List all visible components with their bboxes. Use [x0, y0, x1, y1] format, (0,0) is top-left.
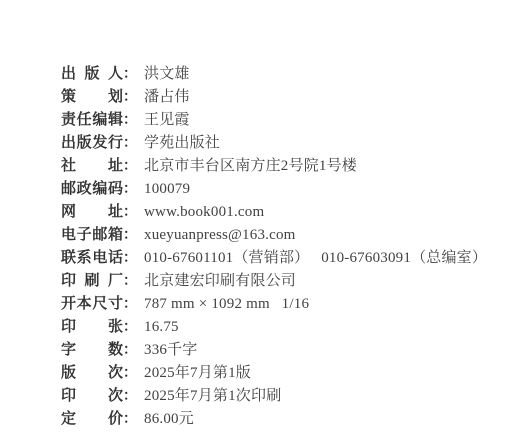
colophon-value: xueyuanpress@163.com: [144, 227, 296, 243]
colophon-value: 787 mm × 1092 mm 1/16: [144, 296, 309, 312]
colophon-label: 字数: [61, 338, 123, 361]
colophon-label: 联系电话: [61, 246, 123, 269]
colophon-label: 电子邮箱: [61, 223, 123, 246]
colophon-value: 北京建宏印刷有限公司: [144, 273, 296, 289]
colophon-value: 336千字: [144, 342, 198, 358]
colophon-label: 定价: [61, 407, 123, 430]
colophon-label: 网址: [61, 200, 123, 223]
colophon-label: 策划: [61, 85, 123, 108]
colophon-colon: ：: [123, 364, 137, 380]
colophon-value: 100079: [144, 181, 190, 197]
colophon-colon: ：: [123, 226, 137, 242]
colophon-label: 印刷厂: [61, 269, 123, 292]
colophon-colon: ：: [123, 410, 137, 426]
colophon-colon: ：: [123, 65, 137, 81]
colophon-colon: ：: [123, 318, 137, 334]
colophon-row-publisher-person: 出版人：洪文雄: [45, 39, 487, 62]
colophon-value: 学苑出版社: [144, 135, 220, 151]
colophon-colon: ：: [123, 295, 137, 311]
colophon-page: { "colors": { "background": "#ffffff", "…: [0, 0, 507, 434]
colophon-value: 2025年7月第1版: [144, 365, 251, 381]
colophon-colon: ：: [123, 180, 137, 196]
colophon-colon: ：: [123, 157, 137, 173]
colophon-label: 版次: [61, 361, 123, 384]
colophon-label: 社址: [61, 154, 123, 177]
colophon-colon: ：: [123, 272, 137, 288]
colophon-value: 2025年7月第1次印刷: [144, 388, 281, 404]
colophon-colon: ：: [123, 88, 137, 104]
colophon-colon: ：: [123, 387, 137, 403]
colophon-colon: ：: [123, 341, 137, 357]
colophon-label: 印张: [61, 315, 123, 338]
colophon-colon: ：: [123, 203, 137, 219]
colophon-colon: ：: [123, 111, 137, 127]
colophon-label: 开本尺寸: [61, 292, 123, 315]
colophon-value: 洪文雄: [144, 66, 190, 82]
colophon-value: www.book001.com: [144, 204, 264, 220]
colophon-label: 印次: [61, 384, 123, 407]
colophon-label: 出版人: [61, 62, 123, 85]
colophon-value: 潘占伟: [144, 89, 190, 105]
colophon-label: 邮政编码: [61, 177, 123, 200]
colophon-value: 86.00元: [144, 411, 194, 427]
colophon-value: 王见霞: [144, 112, 190, 128]
colophon-value: 北京市丰台区南方庄2号院1号楼: [144, 158, 357, 174]
colophon-value: 16.75: [144, 319, 179, 335]
colophon-label: 出版发行: [61, 131, 123, 154]
colophon-block: 出版人：洪文雄 策划：潘占伟 责任编辑：王见霞 出版发行：学苑出版社 社址：北京…: [45, 39, 487, 407]
colophon-value: 010-67601101（营销部） 010-67603091（总编室）: [144, 250, 487, 266]
colophon-label: 责任编辑: [61, 108, 123, 131]
colophon-colon: ：: [123, 249, 137, 265]
colophon-colon: ：: [123, 134, 137, 150]
